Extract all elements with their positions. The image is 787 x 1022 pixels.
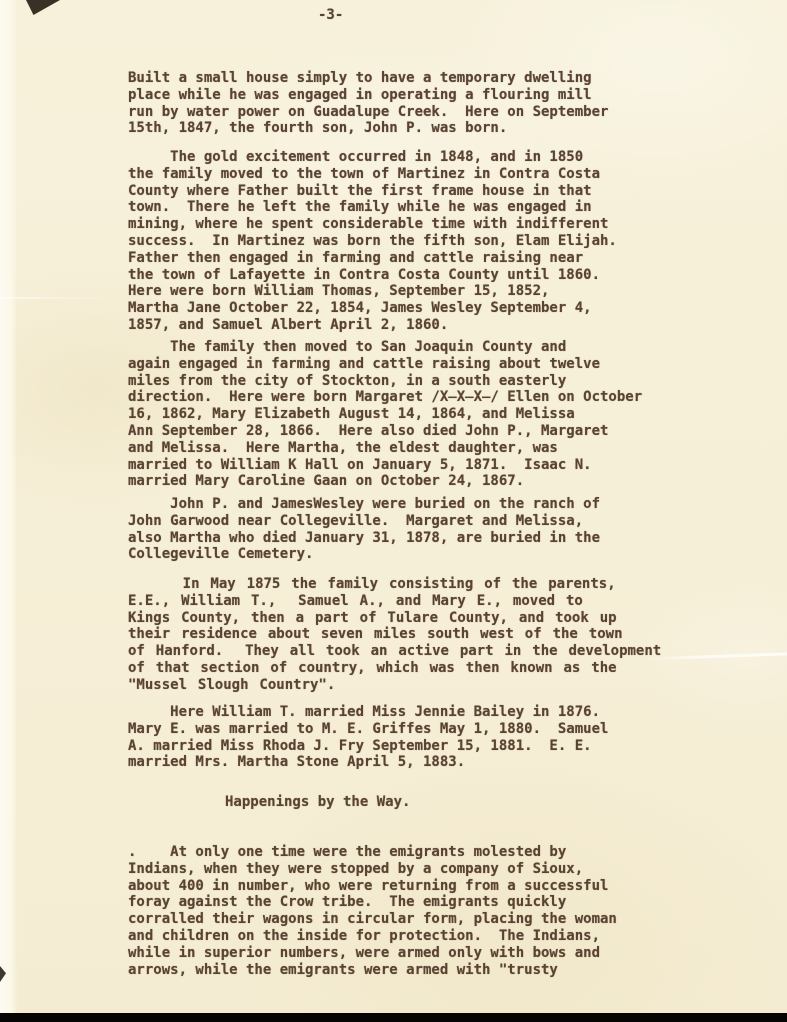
paragraph-kings-county-move: In May 1875 the family consisting of the… [128, 576, 661, 694]
paragraph-marriages: Here William T. married Miss Jennie Bail… [128, 704, 608, 771]
page-number: -3- [318, 7, 343, 24]
paragraph-emigrants-sioux: . At only one time were the emigrants mo… [128, 844, 617, 978]
section-heading: Happenings by the Way. [225, 794, 410, 811]
paragraph-gold-excitement: The gold excitement occurred in 1848, an… [128, 149, 617, 334]
page-left-edge [0, 0, 17, 1022]
paper-crease-left [0, 297, 120, 299]
paper-crease [640, 652, 787, 660]
scan-corner-artifact [26, 0, 60, 15]
paragraph-san-joaquin-county: The family then moved to San Joaquin Cou… [128, 339, 642, 490]
paragraph-temporary-dwelling: Built a small house simply to have a tem… [128, 70, 608, 137]
scan-bottom-bar [0, 1013, 787, 1022]
scanned-page: -3- Built a small house simply to have a… [0, 0, 787, 1022]
paragraph-collegeville-burials: John P. and JamesWesley were buried on t… [128, 496, 600, 563]
